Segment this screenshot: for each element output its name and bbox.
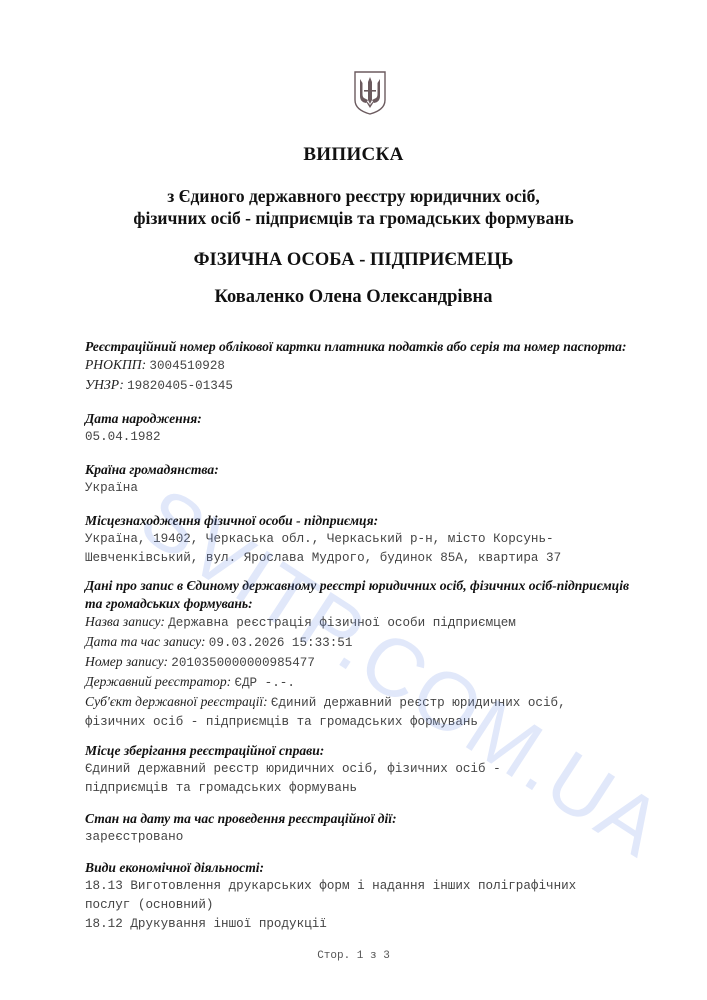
section-birth-date: Дата народження: 05.04.1982 xyxy=(85,410,645,447)
activity-item-2-line1: 18.12 Друкування іншої продукції xyxy=(85,915,645,934)
record-name-value: Державна реєстрація фізичної особи підпр… xyxy=(168,616,516,630)
section-label: Стан на дату та час проведення реєстраці… xyxy=(85,810,645,828)
rnokpp-label: РНОКПП: xyxy=(85,357,146,372)
section-label: Дата народження: xyxy=(85,410,645,428)
status-value: зареєстровано xyxy=(85,828,645,847)
section-citizenship: Країна громадянства: Україна xyxy=(85,461,645,498)
unzr-label: УНЗР: xyxy=(85,377,124,392)
record-number-value: 2010350000000985477 xyxy=(171,656,315,670)
record-datetime-row: Дата та час запису: 09.03.2026 15:33:51 xyxy=(85,633,645,653)
registration-subject-label: Суб'єкт державної реєстрації: xyxy=(85,694,268,709)
record-datetime-value: 09.03.2026 15:33:51 xyxy=(209,636,353,650)
section-label-line2: та громадських формувань: xyxy=(85,595,645,613)
section-economic-activities: Види економічної діяльності: 18.13 Вигот… xyxy=(85,859,645,934)
rnokpp-value: 3004510928 xyxy=(149,359,225,373)
activity-item-1-line2: послуг (основний) xyxy=(85,896,645,915)
record-datetime-label: Дата та час запису: xyxy=(85,634,206,649)
person-name-heading: Коваленко Олена Олександрівна xyxy=(0,287,707,308)
registrar-label: Державний реєстратор: xyxy=(85,674,231,689)
rnokpp-row: РНОКПП: 3004510928 xyxy=(85,356,645,376)
activity-item-1-line1: 18.13 Виготовлення друкарських форм і на… xyxy=(85,877,645,896)
unzr-row: УНЗР: 19820405-01345 xyxy=(85,376,645,396)
record-name-label: Назва запису: xyxy=(85,614,165,629)
document-page: ВИПИСКА з Єдиного державного реєстру юри… xyxy=(0,0,707,1000)
registrar-value: ЄДР -.-. xyxy=(234,676,294,690)
document-content: Реєстраційний номер облікової картки пла… xyxy=(85,338,645,946)
section-record-data: Дані про запис в Єдиному державному реєс… xyxy=(85,577,645,732)
storage-line1: Єдиний державний реєстр юридичних осіб, … xyxy=(85,760,645,779)
record-number-row: Номер запису: 2010350000000985477 xyxy=(85,653,645,673)
registration-subject-row: Суб'єкт державної реєстрації: Єдиний дер… xyxy=(85,693,645,713)
registration-subject-value-line2: фізичних осіб - підприємців та громадськ… xyxy=(85,713,645,732)
section-label: Види економічної діяльності: xyxy=(85,859,645,877)
storage-line2: підприємців та громадських формувань xyxy=(85,779,645,798)
citizenship-value: Україна xyxy=(85,479,645,498)
section-label: Реєстраційний номер облікової картки пла… xyxy=(85,338,645,356)
birth-date-value: 05.04.1982 xyxy=(85,428,645,447)
page-indicator: Стор. 1 з 3 xyxy=(0,950,707,962)
section-address: Місцезнаходження фізичної особи - підпри… xyxy=(85,512,645,568)
address-line2: Шевченківський, вул. Ярослава Мудрого, б… xyxy=(85,549,645,568)
section-label: Країна громадянства: xyxy=(85,461,645,479)
record-number-label: Номер запису: xyxy=(85,654,168,669)
section-label: Місце зберігання реєстраційної справи: xyxy=(85,742,645,760)
trident-coat-of-arms-icon xyxy=(353,70,387,116)
person-type-heading: ФІЗИЧНА ОСОБА - ПІДПРИЄМЕЦЬ xyxy=(0,250,707,271)
document-title: ВИПИСКА xyxy=(0,144,707,166)
address-line1: Україна, 19402, Черкаська обл., Черкаськ… xyxy=(85,530,645,549)
unzr-value: 19820405-01345 xyxy=(127,379,233,393)
section-label-line1: Дані про запис в Єдиному державному реєс… xyxy=(85,577,645,595)
section-label: Місцезнаходження фізичної особи - підпри… xyxy=(85,512,645,530)
document-subtitle-line2: фізичних осіб - підприємців та громадськ… xyxy=(0,208,707,229)
registration-subject-value-line1: Єдиний державний реєстр юридичних осіб, xyxy=(271,696,566,710)
record-name-row: Назва запису: Державна реєстрація фізичн… xyxy=(85,613,645,633)
registrar-row: Державний реєстратор: ЄДР -.-. xyxy=(85,673,645,693)
document-subtitle-line1: з Єдиного державного реєстру юридичних о… xyxy=(0,186,707,207)
section-tax-number: Реєстраційний номер облікової картки пла… xyxy=(85,338,645,396)
section-status: Стан на дату та час проведення реєстраці… xyxy=(85,810,645,847)
section-case-storage: Місце зберігання реєстраційної справи: Є… xyxy=(85,742,645,798)
